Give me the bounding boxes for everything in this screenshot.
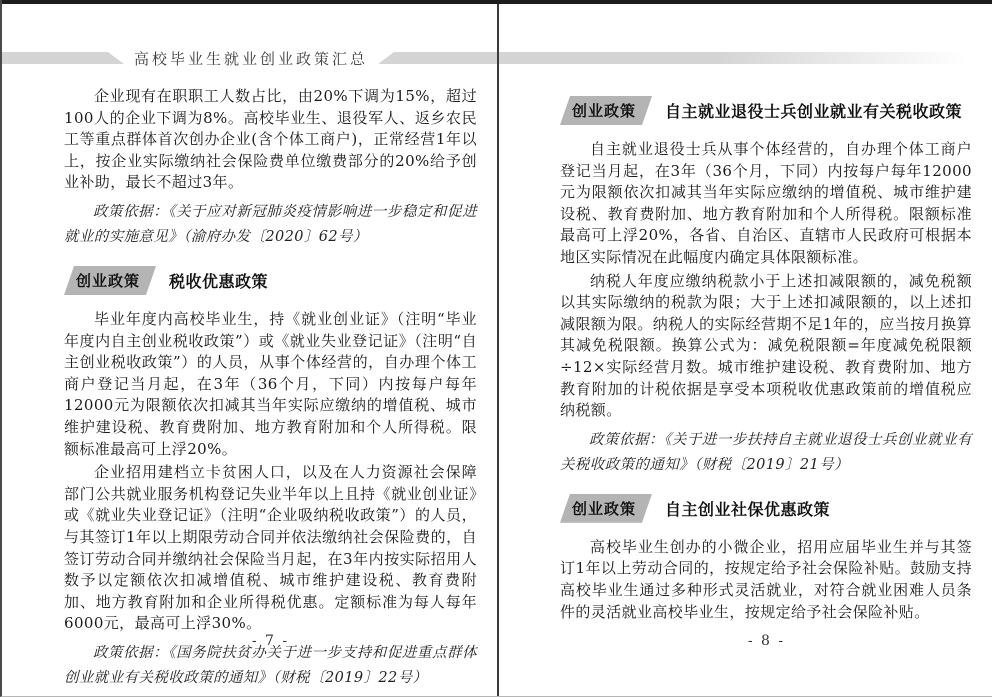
section-header-veteran-tax: 创业政策 自主就业退役士兵创业就业有关税收政策 <box>560 96 972 125</box>
policy-basis: 政策依据：《关于应对新冠肺炎疫情影响进一步稳定和促进就业的实施意见》（渝府办发〔… <box>64 200 477 250</box>
body-paragraph: 纳税人年度应缴纳税款小于上述扣减限额的，减免税额以其实际缴纳的税款为限；大于上述… <box>560 271 972 422</box>
policy-category-badge: 创业政策 <box>560 96 652 125</box>
body-paragraph: 企业现有在职职工人数占比，由20%下调为15%，超过100人的企业下调为8%。高… <box>64 86 477 194</box>
section-header-tax-incentive: 创业政策 税收优惠政策 <box>64 266 477 295</box>
document-spread: 高校毕业生就业创业政策汇总 企业现有在职职工人数占比，由20%下调为15%，超过… <box>0 0 992 697</box>
body-paragraph: 自主就业退役士兵从事个体经营的，自办理个体工商户登记当月起，在3年（36个月，下… <box>560 139 972 269</box>
page-number-left: - 7 - <box>64 633 477 649</box>
body-paragraph: 企业招用建档立卡贫困人口，以及在人力资源社会保障部门公共就业服务机构登记失业半年… <box>64 462 477 635</box>
section-title: 税收优惠政策 <box>169 269 268 292</box>
section-header-social-insurance: 创业政策 自主创业社保优惠政策 <box>560 494 972 523</box>
body-paragraph: 高校毕业生创办的小微企业，招用应届毕业生并与其签订1年以上劳动合同的，按规定给予… <box>560 537 972 623</box>
section-title: 自主创业社保优惠政策 <box>665 497 830 520</box>
page-number-right: - 8 - <box>561 633 972 649</box>
section-title: 自主就业退役士兵创业就业有关税收政策 <box>665 99 962 122</box>
policy-category-badge: 创业政策 <box>560 494 652 523</box>
policy-category-badge: 创业政策 <box>64 266 156 295</box>
page-right: 创业政策 自主就业退役士兵创业就业有关税收政策 自主就业退役士兵从事个体经营的，… <box>499 0 992 697</box>
policy-basis: 政策依据：《关于进一步扶持自主就业退役士兵创业就业有关税收政策的通知》（财税〔2… <box>560 428 972 478</box>
page-left: 企业现有在职职工人数占比，由20%下调为15%，超过100人的企业下调为8%。高… <box>2 0 497 697</box>
body-paragraph: 毕业年度内高校毕业生，持《就业创业证》（注明“毕业年度内自主创业税收政策”）或《… <box>64 309 477 460</box>
